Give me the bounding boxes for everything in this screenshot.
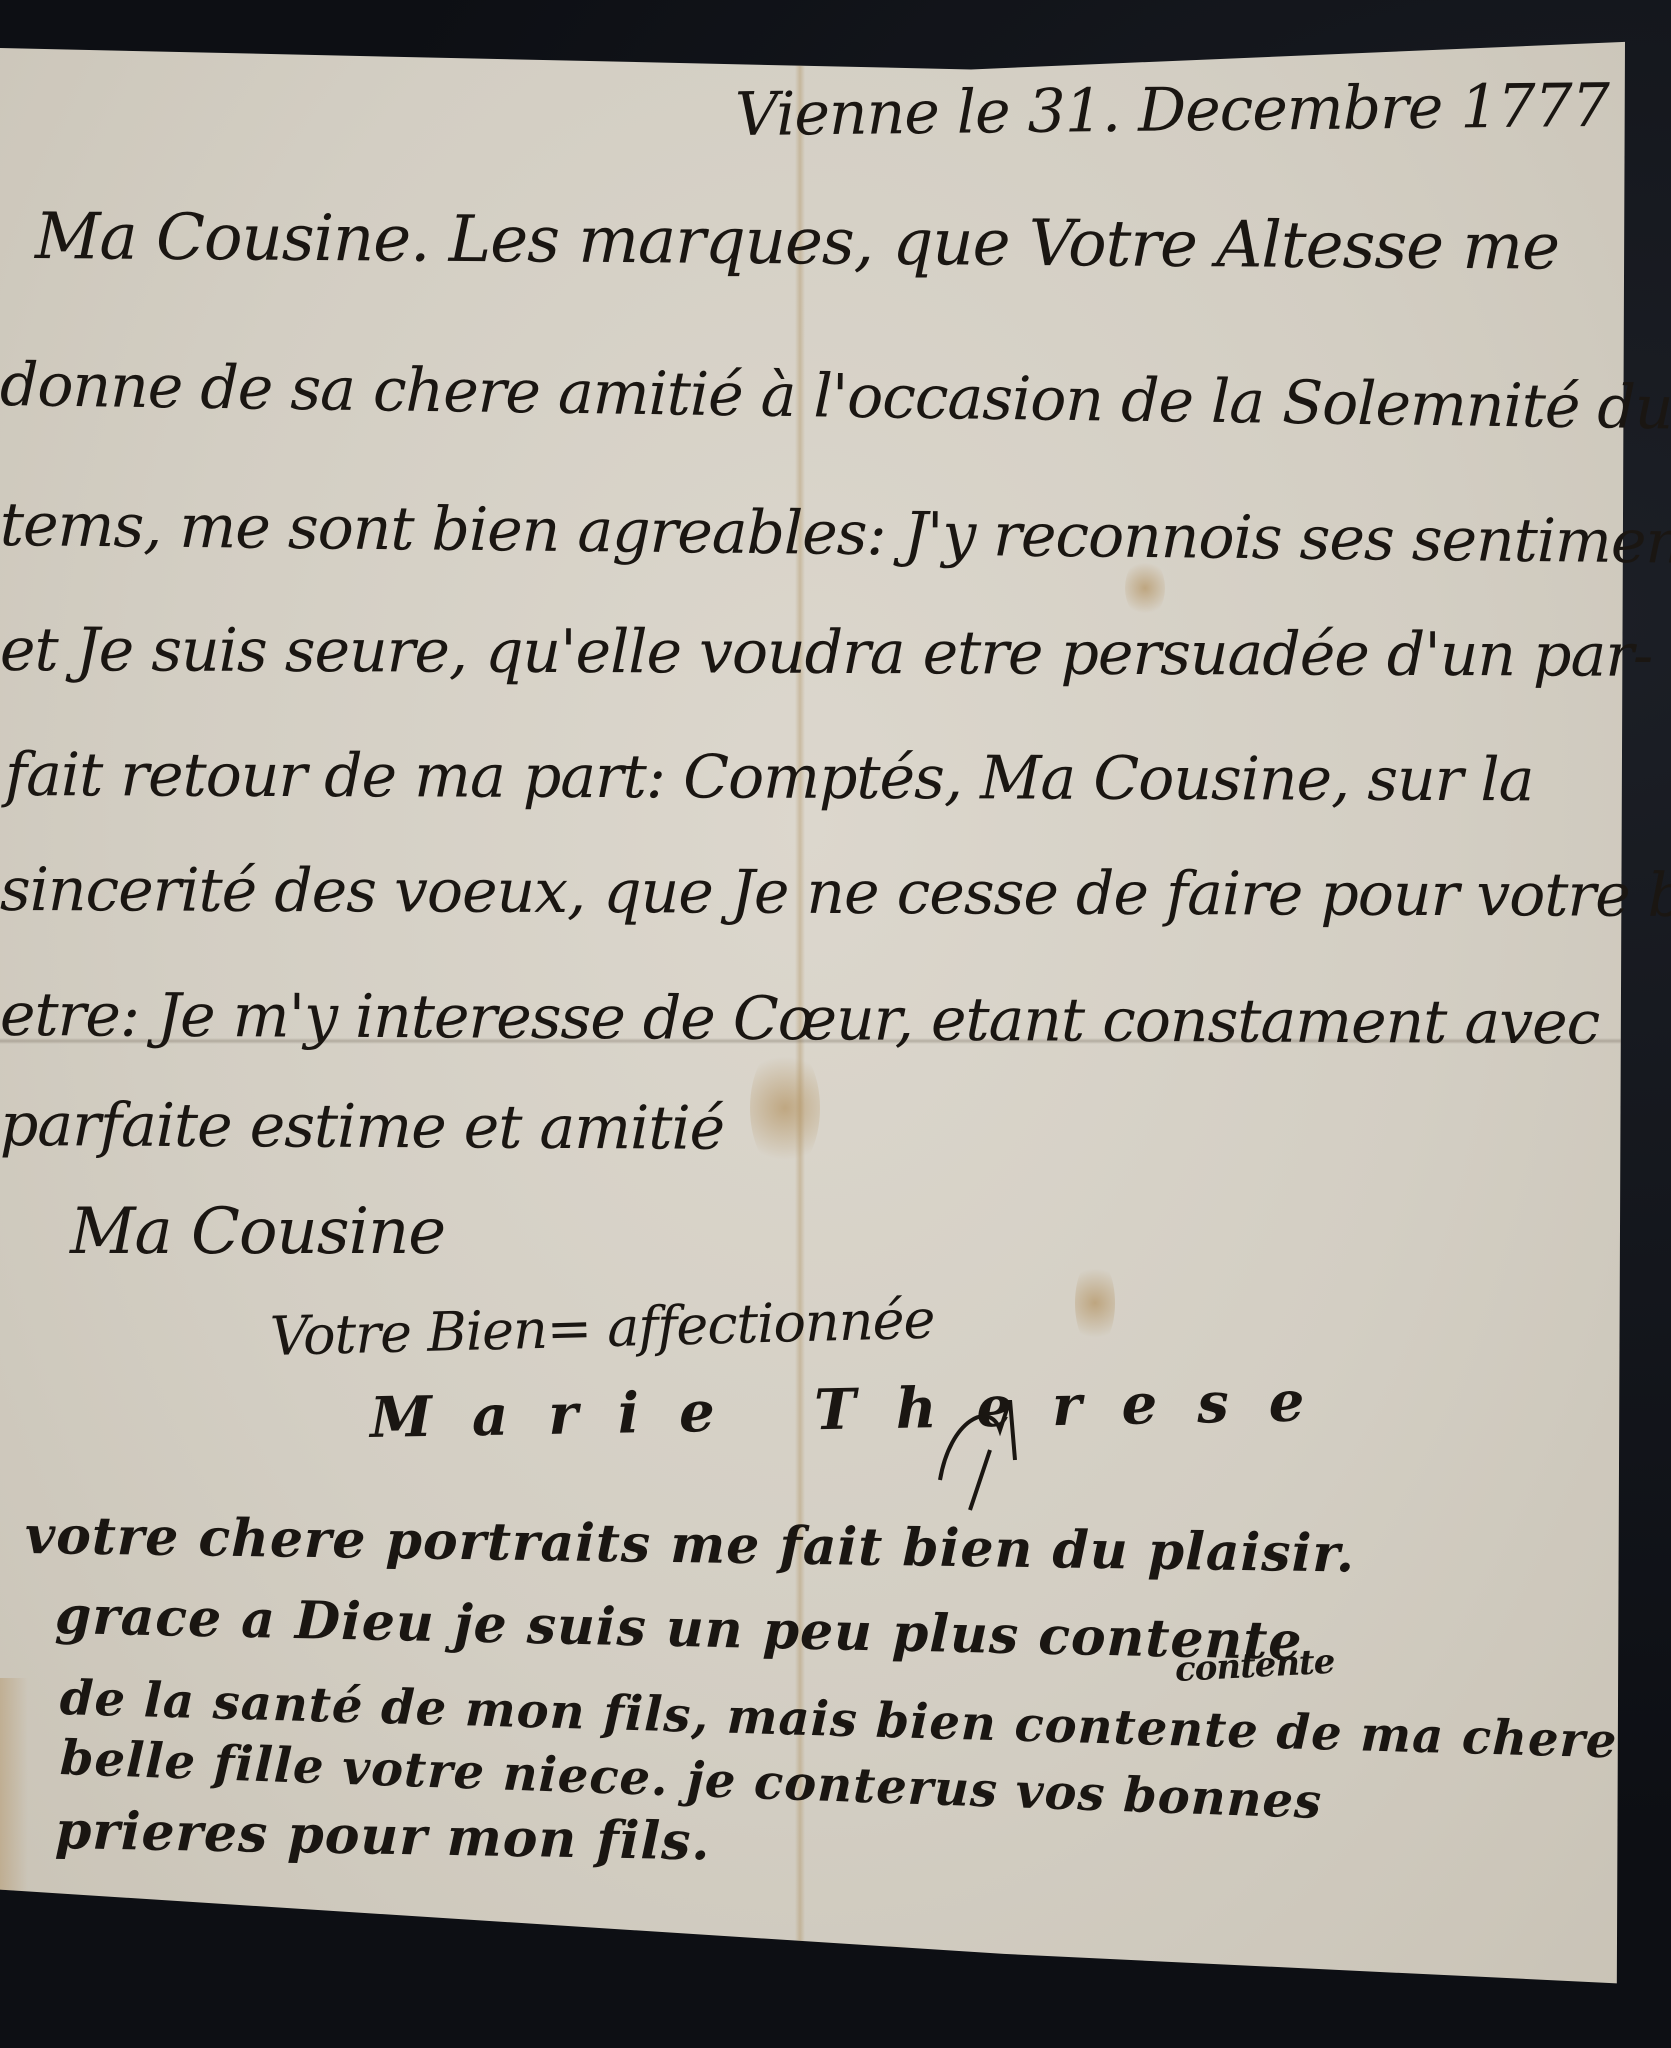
letter-line: Ma Cousine. Les marques, que Votre Altes… [35,200,1559,285]
postscript-line: prieres pour mon fils. [54,1800,711,1872]
letter-line: fait retour de ma part: Comptés, Ma Cous… [5,740,1534,815]
letter-line: etre: Je m'y interesse de Cœur, etant co… [0,980,1599,1058]
letter-line: et Je suis seure, qu'elle voudra etre pe… [0,615,1652,691]
interlinear-correction: contente [1174,1642,1335,1690]
place-date: Vienne le 31. Decembre 1777 [735,71,1610,150]
letter-line: sincerité des voeux, que Je ne cesse de … [0,855,1671,931]
water-stain [750,1043,820,1173]
closing-salutation: Ma Cousine [70,1195,445,1269]
signature-flourish [930,1400,1040,1520]
letter-line: parfaite estime et amitié [0,1090,724,1164]
water-stain [1075,1258,1115,1348]
